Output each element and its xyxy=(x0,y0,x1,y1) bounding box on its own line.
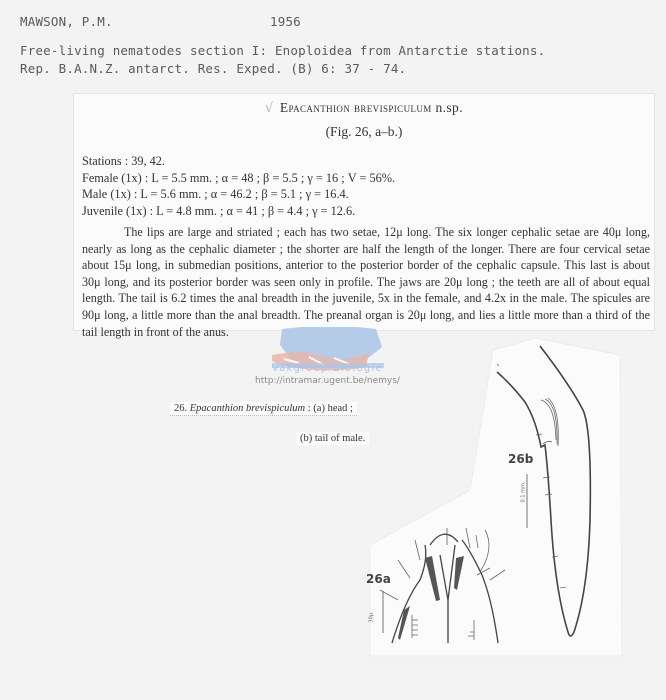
figure-label-26b: 26b xyxy=(508,452,533,466)
nematode-drawing xyxy=(0,0,666,700)
scale-bar-label-a: 30μ. xyxy=(369,611,375,622)
figure-label-26a: 26a xyxy=(366,572,391,586)
scale-bar-label-b: 0.1 mm. xyxy=(520,482,526,503)
